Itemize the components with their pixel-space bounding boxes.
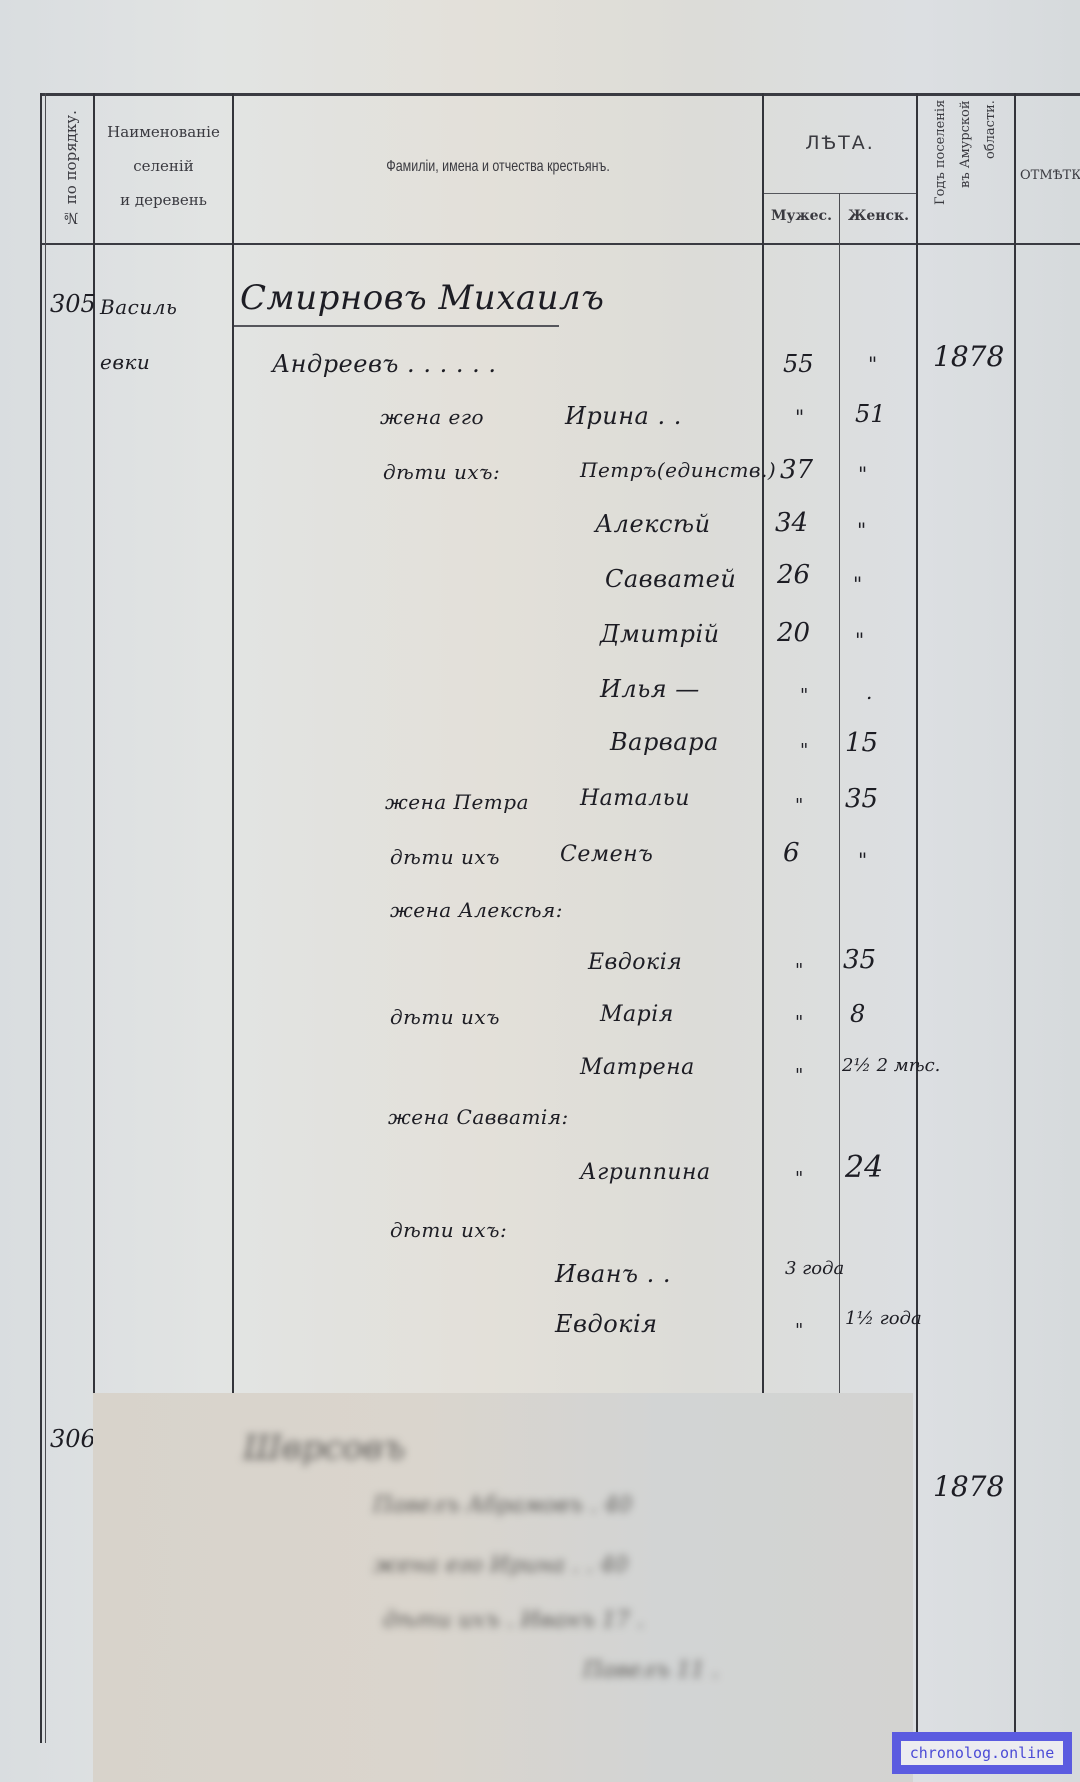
row-name: Ирина . . — [565, 402, 682, 430]
row-male-age: " — [795, 405, 804, 429]
row-male-age: 55 — [783, 350, 814, 378]
watermark-badge: chronolog.online — [892, 1732, 1072, 1774]
settlement-year: 1878 — [933, 1470, 1004, 1503]
row-name: Дмитрій — [600, 620, 720, 648]
row-name: Евдокія — [588, 950, 682, 975]
row-name: Петръ(единств.) — [580, 458, 776, 482]
row-male-age: " — [795, 960, 803, 981]
row-male-age: " — [795, 1168, 803, 1189]
row-label: дѣти ихъ — [390, 845, 500, 869]
divider-age-year — [916, 93, 918, 1743]
left-border-outer — [40, 93, 42, 1743]
header-age-female: Женск. — [841, 208, 916, 224]
table-top-border — [42, 93, 1080, 96]
blurred-surname: Шврсовъ — [243, 1428, 405, 1468]
row-male-age: 34 — [775, 508, 808, 538]
row-male-age: " — [800, 685, 808, 706]
header-year: Годъ поселенія въ Амурской области. — [928, 100, 1008, 240]
row-female-age: 24 — [845, 1150, 883, 1185]
header-notes: ОТМѢТК — [1020, 168, 1080, 183]
row-female-age: " — [858, 462, 867, 486]
family-surname: Смирновъ Михаилъ — [240, 278, 604, 318]
row-female-age: 8 — [850, 1000, 865, 1028]
row-female-age: 51 — [855, 400, 886, 428]
row-female-age: " — [858, 848, 867, 872]
row-name: Натальи — [580, 786, 690, 811]
row-label: жена его — [380, 405, 484, 429]
watermark-text: chronolog.online — [901, 1741, 1063, 1765]
row-male-age: " — [795, 1012, 803, 1033]
row-name: Матрена — [580, 1055, 695, 1080]
row-male-age: 26 — [777, 560, 810, 590]
row-female-age: 15 — [845, 728, 878, 758]
row-label: жена Алексѣя: — [390, 898, 563, 922]
row-name: Савватей — [605, 565, 736, 593]
row-label: дѣти ихъ: — [390, 1218, 507, 1242]
row-female-age: " — [853, 572, 862, 596]
surname-underline — [234, 325, 559, 327]
row-female-age: 2½ 2 мѣс. — [842, 1055, 940, 1076]
row-male-age: " — [800, 740, 808, 761]
row-label: жена Савватія: — [388, 1105, 569, 1129]
entry-number: 305 — [50, 290, 96, 318]
row-label: дѣти ихъ — [390, 1005, 500, 1029]
row-male-age: " — [795, 795, 803, 816]
header-age: ЛѢТА. — [764, 132, 916, 154]
row-male-age: 6 — [783, 838, 800, 868]
row-name: Агриппина — [580, 1160, 711, 1185]
blurred-line: Павелъ 11 . — [583, 1658, 719, 1683]
row-name: Илья — — [600, 675, 700, 703]
row-female-age: 35 — [845, 784, 878, 814]
row-female-age: 35 — [843, 945, 876, 975]
row-name: Евдокія — [555, 1310, 658, 1338]
row-name: Иванъ . . — [555, 1260, 671, 1288]
row-female-age: " — [868, 352, 877, 376]
settlement-name-line2: евки — [100, 350, 150, 374]
row-female-age: " — [857, 518, 866, 542]
blurred-line: дѣти ихъ . Иванъ 17 . — [383, 1608, 644, 1633]
settlement-year: 1878 — [933, 340, 1004, 373]
header-bottom-border — [42, 243, 1080, 245]
row-male-age: 37 — [780, 455, 813, 485]
header-names: Фамиліи, имена и отчества крестьянъ. — [234, 158, 762, 176]
left-border-inner — [45, 93, 46, 1743]
row-female-age: " — [855, 628, 864, 652]
settlement-name-line1: Василь — [100, 295, 177, 319]
row-female-age: . — [866, 680, 872, 704]
row-name: Андреевъ . . . . . . — [272, 350, 496, 378]
entry-number: 306 — [50, 1425, 96, 1453]
row-name: Марія — [600, 1002, 674, 1027]
header-number: № по порядку. — [56, 98, 86, 240]
row-male-age: " — [795, 1065, 803, 1086]
row-male-age: 3 года — [785, 1258, 844, 1279]
header-settlement: Наименованіе селеній и деревень — [95, 115, 232, 217]
row-male-age: " — [795, 1320, 803, 1341]
row-name: Варвара — [610, 728, 719, 756]
row-label: жена Петра — [385, 790, 529, 814]
redacted-region: Шврсовъ Павелъ Абрамовъ . 40 жена его Ир… — [93, 1393, 913, 1782]
header-age-male: Мужес. — [764, 208, 839, 224]
row-male-age: 20 — [777, 618, 810, 648]
divider-year-notes — [1014, 93, 1016, 1743]
row-name: Алексѣй — [595, 510, 711, 538]
row-female-age: 1½ года — [845, 1308, 922, 1329]
blurred-line: жена его Ирина . . 40 — [373, 1553, 628, 1578]
blurred-line: Павелъ Абрамовъ . 40 — [373, 1493, 632, 1518]
row-name: Семенъ — [560, 842, 653, 867]
row-label: дѣти ихъ: — [383, 460, 500, 484]
